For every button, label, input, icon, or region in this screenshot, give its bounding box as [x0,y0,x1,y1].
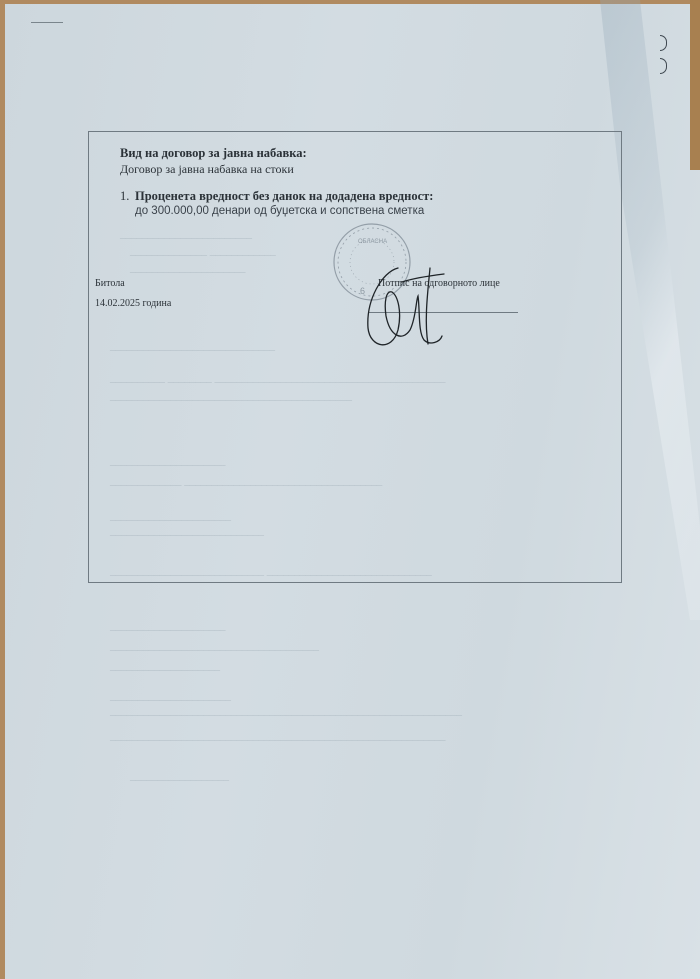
official-stamp-icon: ОБЛАСНА 6 [334,224,410,300]
svg-text:ОБЛАСНА: ОБЛАСНА [358,239,387,245]
svg-text:6: 6 [360,286,365,296]
stamp-and-signature: ОБЛАСНА 6 [0,0,700,979]
